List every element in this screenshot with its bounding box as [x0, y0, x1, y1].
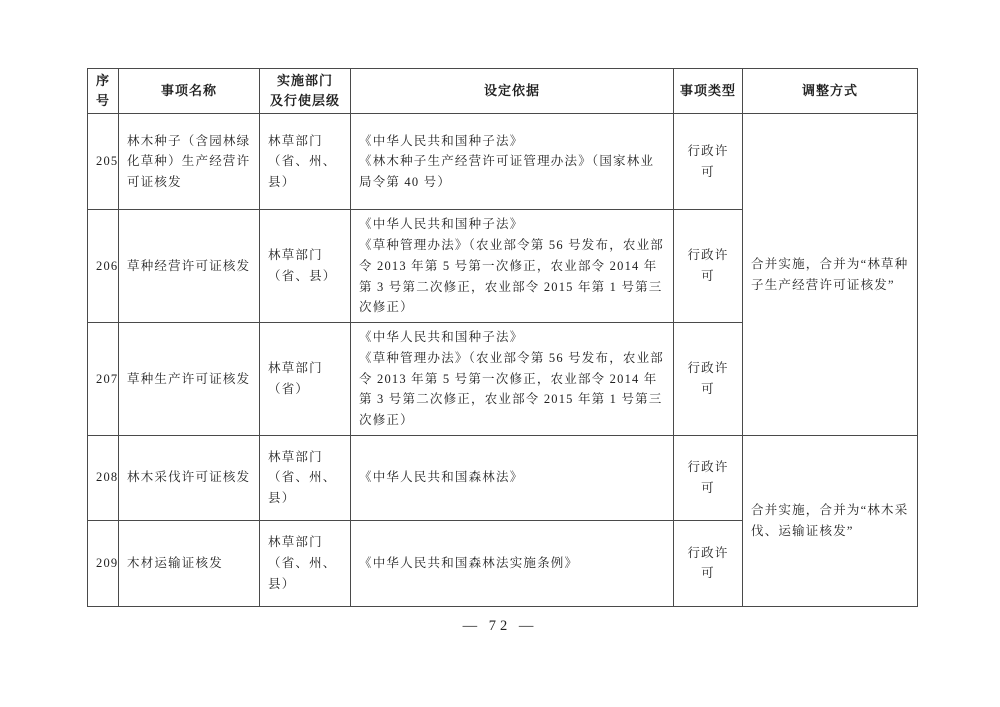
header-no-line2: 号	[90, 91, 116, 111]
table-row-205: 205 林木种子（含园林绿化草种）生产经营许可证核发 林草部门（省、州、县） 《…	[88, 114, 918, 210]
basis-paragraph: 《中华人民共和国种子法》	[359, 131, 665, 152]
cell-name: 林木采伐许可证核发	[119, 435, 260, 520]
header-dept-line1: 实施部门	[262, 71, 348, 91]
cell-basis: 《中华人民共和国森林法实施条例》	[351, 520, 674, 606]
cell-basis: 《中华人民共和国种子法》 《林木种子生产经营许可证管理办法》（国家林业局令第 4…	[351, 114, 674, 210]
header-cell-no: 序 号	[88, 69, 119, 114]
cell-dept: 林草部门（省、州、县）	[260, 435, 351, 520]
basis-paragraph: 《中华人民共和国种子法》	[359, 327, 665, 348]
cell-no: 207	[88, 323, 119, 436]
header-cell-adjust: 调整方式	[743, 69, 918, 114]
cell-basis: 《中华人民共和国种子法》 《草种管理办法》（农业部令第 56 号发布，农业部令 …	[351, 210, 674, 323]
cell-type: 行政许可	[674, 435, 743, 520]
cell-name: 林木种子（含园林绿化草种）生产经营许可证核发	[119, 114, 260, 210]
cell-basis: 《中华人民共和国种子法》 《草种管理办法》（农业部令第 56 号发布，农业部令 …	[351, 323, 674, 436]
cell-dept: 林草部门（省、州、县）	[260, 114, 351, 210]
basis-paragraph: 《中华人民共和国种子法》	[359, 214, 665, 235]
header-dept-line2: 及行使层级	[262, 91, 348, 111]
basis-paragraph: 《草种管理办法》（农业部令第 56 号发布，农业部令 2013 年第 5 号第一…	[359, 348, 665, 431]
header-cell-name: 事项名称	[119, 69, 260, 114]
cell-adjustment-merged-205-207: 合并实施，合并为“林草种子生产经营许可证核发”	[743, 114, 918, 436]
header-no-line1: 序	[90, 71, 116, 91]
cell-type: 行政许可	[674, 323, 743, 436]
cell-basis: 《中华人民共和国森林法》	[351, 435, 674, 520]
header-cell-basis: 设定依据	[351, 69, 674, 114]
table-row-208: 208 林木采伐许可证核发 林草部门（省、州、县） 《中华人民共和国森林法》 行…	[88, 435, 918, 520]
cell-type: 行政许可	[674, 520, 743, 606]
cell-dept: 林草部门（省、县）	[260, 210, 351, 323]
table-header-row: 序 号 事项名称 实施部门 及行使层级 设定依据 事项类型 调整方式	[88, 69, 918, 114]
cell-no: 205	[88, 114, 119, 210]
cell-name: 草种生产许可证核发	[119, 323, 260, 436]
cell-no: 206	[88, 210, 119, 323]
cell-no: 208	[88, 435, 119, 520]
cell-dept: 林草部门（省）	[260, 323, 351, 436]
header-cell-dept: 实施部门 及行使层级	[260, 69, 351, 114]
cell-name: 草种经营许可证核发	[119, 210, 260, 323]
basis-paragraph: 《林木种子生产经营许可证管理办法》（国家林业局令第 40 号）	[359, 151, 665, 193]
cell-name: 木材运输证核发	[119, 520, 260, 606]
admin-items-table: 序 号 事项名称 实施部门 及行使层级 设定依据 事项类型 调整方式 205 林…	[87, 68, 918, 607]
cell-adjustment-merged-208-209: 合并实施，合并为“林木采伐、运输证核发”	[743, 435, 918, 606]
cell-no: 209	[88, 520, 119, 606]
cell-type: 行政许可	[674, 210, 743, 323]
cell-type: 行政许可	[674, 114, 743, 210]
basis-paragraph: 《草种管理办法》（农业部令第 56 号发布，农业部令 2013 年第 5 号第一…	[359, 235, 665, 318]
page-number: — 72 —	[0, 618, 1000, 635]
basis-paragraph: 《中华人民共和国森林法实施条例》	[359, 553, 665, 574]
cell-dept: 林草部门（省、州、县）	[260, 520, 351, 606]
header-cell-type: 事项类型	[674, 69, 743, 114]
basis-paragraph: 《中华人民共和国森林法》	[359, 467, 665, 488]
